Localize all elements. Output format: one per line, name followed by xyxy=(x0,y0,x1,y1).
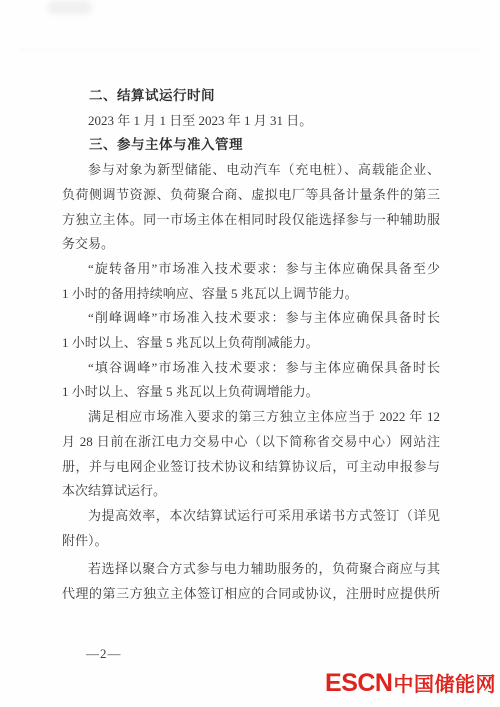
text-line: “削峰调峰”市场准入技术要求：参与主体应确保具备时长 xyxy=(62,306,440,331)
text-line: 代理的第三方独立主体签订相应的合同或协议，注册时应提供所 xyxy=(62,582,440,607)
text-line: 务交易。 xyxy=(62,232,440,257)
text-line: 方独立主体。同一市场主体在相同时段仅能选择参与一种辅助服 xyxy=(62,208,440,233)
text-line: 负荷侧调节资源、负荷聚合商、虚拟电厂等具备计量条件的第三 xyxy=(62,183,440,208)
text-line: 本次结算试运行。 xyxy=(62,479,440,504)
text-line: 附件）。 xyxy=(62,529,440,554)
section-heading-2: 二、结算试运行时间 xyxy=(62,84,440,109)
scan-smudge xyxy=(48,1,92,14)
text-line: “旋转备用”市场准入技术要求：参与主体应确保具备至少 xyxy=(62,257,440,282)
text-line: 月 28 日前在浙江电力交易中心（以下简称省交易中心）网站注 xyxy=(62,430,440,455)
page-number: —2— xyxy=(86,645,122,663)
scanned-document-page: 二、结算试运行时间 2023 年 1 月 1 日至 2023 年 1 月 31 … xyxy=(0,0,500,707)
document-body: 二、结算试运行时间 2023 年 1 月 1 日至 2023 年 1 月 31 … xyxy=(62,84,440,607)
logo-latin-text: ESCN xyxy=(325,669,392,698)
text-line: 1 小时以上、容量 5 兆瓦以上负荷削减能力。 xyxy=(62,331,440,356)
scan-streak xyxy=(20,48,480,51)
text-line: 若选择以聚合方式参与电力辅助服务的，负荷聚合商应与其 xyxy=(62,557,440,582)
text-line: 满足相应市场准入要求的第三方独立主体应当于 2022 年 12 xyxy=(62,405,440,430)
text-line: 为提高效率，本次结算试运行可采用承诺书方式签订（详见 xyxy=(62,504,440,529)
text-line: 2023 年 1 月 1 日至 2023 年 1 月 31 日。 xyxy=(62,109,440,134)
logo-cjk-text: 中国储能网 xyxy=(394,668,497,697)
escn-logo: ESCN 中国储能网 xyxy=(325,668,496,698)
section-heading-3: 三、参与主体与准入管理 xyxy=(62,133,440,158)
text-line: “填谷调峰”市场准入技术要求：参与主体应确保具备时长 xyxy=(62,356,440,381)
text-line: 参与对象为新型储能、电动汽车（充电桩）、高载能企业、 xyxy=(62,158,440,183)
text-line: 1 小时以上、容量 5 兆瓦以上负荷调增能力。 xyxy=(62,380,440,405)
text-line: 册，并与电网企业签订技术协议和结算协议后，可主动申报参与 xyxy=(62,455,440,480)
text-line: 1 小时的备用持续响应、容量 5 兆瓦以上调节能力。 xyxy=(62,282,440,307)
